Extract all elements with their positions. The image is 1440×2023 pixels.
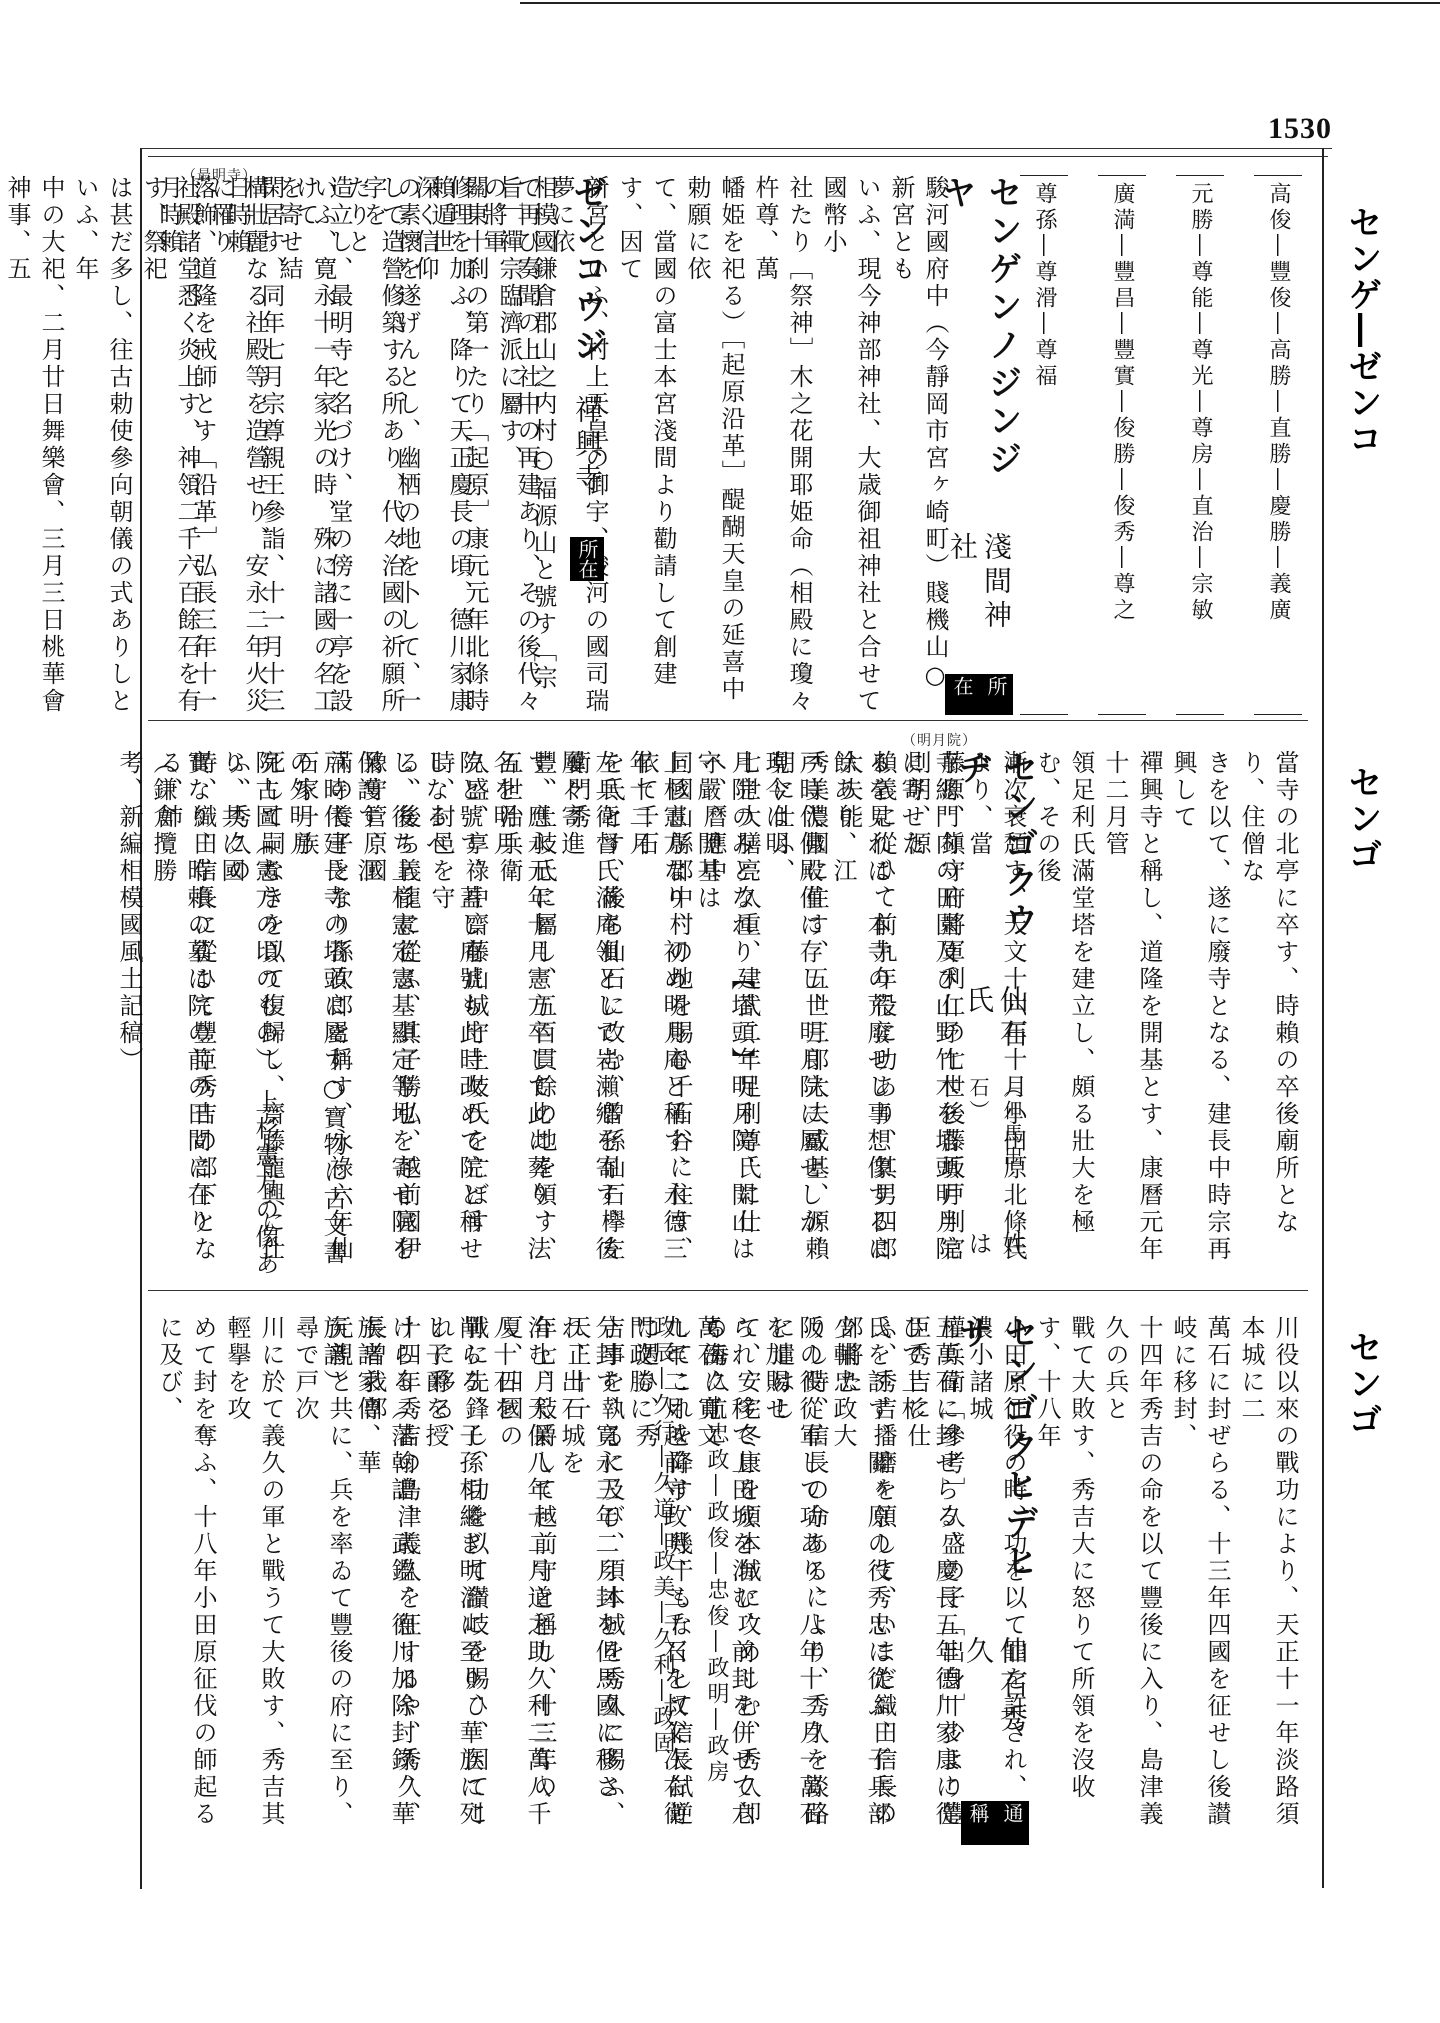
text-column: 吉事を執るに及び、須本城を秀久に賜ふ、天正十一: [560, 1315, 628, 1845]
genealogy-name: 宗敏: [1188, 572, 1213, 624]
genealogy-name: 尊能: [1188, 260, 1213, 312]
genealogy-name: 直勝: [1266, 416, 1291, 468]
frame-inner-rule: [148, 156, 1328, 157]
scan-edge-rule: [520, 2, 1440, 4]
text-column: る、後ち義龍に從ふ、其子勝弘、越前國伊豫守管原國: [356, 750, 424, 1280]
genealogy-name: 豐俊: [1266, 260, 1291, 312]
band-divider: [148, 720, 1308, 721]
entry-zenkouji: ゼンコウジ 禪興寺 所在 相模國鎌倉郡山之内村○福源山と號す［宗旨］禪宗臨濟派に…: [152, 175, 610, 715]
text-column: 川に於て義久の軍と戰うて大敗す、秀吉其輕擧を攻: [220, 1315, 288, 1845]
location-badge: 所在: [945, 674, 1013, 715]
top-band: 高俊―豐俊―高勝―直勝―慶勝―義廣 元勝―尊能―尊光―尊房―直治―宗敏 廣満―豐…: [152, 175, 1302, 715]
text-column: て、安宅冬康を須本城に攻めしむ、秀久卽ち海に航: [696, 1315, 764, 1845]
genealogy-name: 高俊: [1266, 182, 1291, 234]
text-column: を氏とす、後ち仙石に改む、曾孫仙石欅左衛門秀: [560, 750, 628, 1280]
bottom-band: 川役以來の戰功により、天正十一年淡路須本城に二 萬石に封ぜらる、十三年四國を征せ…: [152, 1315, 1302, 1845]
genealogy-name: 尊光: [1188, 338, 1213, 390]
text-column: 滿の養子となり孫次郎と稱す、永祿六年仙石家一族: [288, 750, 356, 1280]
text-column: 時、織田信長に從ひて豐臣秀吉の部下となる、姉: [152, 750, 220, 1280]
genealogy-name: 俊秀: [1110, 494, 1135, 546]
running-head-top: センゲ―ゼンコ: [1338, 205, 1387, 457]
genealogy-name: 尊孫: [1032, 182, 1057, 234]
text-column: 久盛、享祿中齋藤山城守土岐氏を亡ぼす時、封邑を守: [424, 750, 492, 1280]
band-divider: [148, 1290, 1308, 1291]
text-column: 七世大膳亮久重、建武二年足利尊氏に仕へ、曆應中: [696, 750, 764, 1280]
text-column: 當寺の北亭に卒す、時賴の卒後廟所となり、住僧な: [1234, 750, 1302, 1280]
text-column: 秀美濃國に住す、五世三郎大夫成基、源賴朝に仕ふ、: [764, 750, 832, 1280]
text-column: してこれを降す、幾干もなくして信長弑逆に遇ひ、秀: [628, 1315, 696, 1845]
running-head-bottom: センゴ: [1338, 1330, 1387, 1438]
entry-body: 相模國鎌倉郡山之内村○福源山と號す［宗旨］禪宗臨濟派に屬す、 關東十刹の第一たり…: [152, 175, 560, 715]
text-column: 禪興寺と稱し、道隆を開基とす、康曆元年十二月管: [1098, 750, 1166, 1280]
text-column: 豐、土岐氏に屬し、五百貫餘の地を領す、五世治兵衛: [492, 750, 560, 1280]
running-head-middle: センゴ: [1338, 765, 1387, 873]
entry-kanji-heading: 仙石氏: [961, 985, 1029, 1077]
caption-label: （最明寺）: [182, 165, 257, 185]
text-column: 戰に先鋒し、功を以て讃岐を賜ひ、因てこれに移る、: [424, 1315, 492, 1845]
caption-label: （明月院）: [902, 730, 977, 750]
genealogy-name: 直治: [1188, 494, 1213, 546]
genealogy-name: 義廣: [1266, 572, 1291, 624]
entry-body: 權兵衛［參考］久盛の子［出身］少より豐臣秀吉に仕 ふ、秀吉播磨を領して、いまだ織…: [152, 1315, 968, 1845]
location-badge: 所在: [570, 537, 604, 581]
text-column: 中の大祀、二月廿日舞樂會、三月三日桃華會神事、五: [0, 175, 68, 715]
entry-kanji-heading: 仙石秀久: [961, 1636, 1029, 1771]
entry-heading: センゴクウヂ: [949, 750, 1041, 955]
entry-note: （但馬出石）: [961, 1077, 1029, 1201]
genealogy-name: 元勝: [1188, 182, 1213, 234]
entry-sengoku-uji: センゴクウヂ 仙石氏 （但馬出石） 姓は 藤原、鎭守府將軍利仁の七世後藤坂戸判官…: [152, 750, 1018, 1280]
entry-lead: 姓は: [961, 1231, 1029, 1280]
genealogy-name: 高勝: [1266, 338, 1291, 390]
text-column: の素懷を遂げんとし、幽栖の地を卜して、一字を: [356, 175, 424, 715]
entry-heading: ゼンコウジ: [564, 175, 610, 365]
genealogy-row: 廣満―豐昌―豐實―俊勝―俊秀―尊之: [1098, 175, 1146, 715]
text-column: 落飾、道隆を戒師とす［沿革］弘長三年十一月時賴: [152, 175, 220, 715]
text-column: ふ、秀吉播磨を領して、いまだ織田信長の部將た: [832, 1315, 900, 1845]
genealogy-row: 尊孫―尊滑―尊福: [1020, 175, 1068, 715]
entry-kanji-heading: 淺間神社: [945, 532, 1013, 658]
genealogy-row: 高俊―豐俊―高勝―直勝―慶勝―義廣: [1254, 175, 1302, 715]
text-column: りし時、信長の命あるにより、秀久を淡路に遣はし: [764, 1315, 832, 1845]
page-number: 1530: [1268, 112, 1332, 146]
text-column: きを以て、遂に廢寺となる、建長中時宗再興して: [1166, 750, 1234, 1280]
text-column: 十四年秀吉の命を以て豐後に入り、島津義久の兵と: [1098, 1315, 1166, 1845]
entry-heading: センゲンノジンジヤ: [933, 175, 1025, 492]
entry-sengoku-hidehisa: センゴクヒデヒサ 仙石秀久 通稱 權兵衛［參考］久盛の子［出身］少より豐臣秀吉に…: [152, 1315, 1018, 1845]
text-column: 閑居す、同年七月宗尊親王參詣、十一月十三日時賴: [220, 175, 288, 715]
text-column: いふ、現今神部神社、大歳御祖神社と合せて國幣小: [816, 175, 884, 715]
genealogy-name: 俊勝: [1110, 416, 1135, 468]
middle-band: （明月院） 當寺の北亭に卒す、時賴の卒後廟所となり、住僧な きを以て、遂に廢寺と…: [152, 750, 1302, 1280]
genealogy-row: 元勝―尊能―尊光―尊房―直治―宗敏: [1176, 175, 1224, 715]
margin-rule: [1322, 148, 1324, 1888]
text-column: めて封を奪ふ、十八年小田原征伐の師起るに及び、: [152, 1315, 220, 1845]
text-column: 相模國鎌倉郡山之内村○福源山と號す［宗旨］禪宗臨濟派に屬す、: [492, 175, 560, 715]
genealogy-name: 尊福: [1032, 338, 1057, 390]
text-column: 賴義に從ひて前九年役に功あり、其男四郎大夫能: [832, 750, 900, 1280]
entry-body: 藤原、鎭守府將軍利仁の七世後藤坂戸判官則明、源 賴義に從ひて前九年役に功あり、其…: [152, 750, 968, 1280]
text-column: て、當國の富士本宮淺間より勸請して創建す、因て: [612, 175, 680, 715]
text-column: 川役以來の戰功により、天正十一年淡路須本城に二: [1234, 1315, 1302, 1845]
genealogy-name: 豐實: [1110, 338, 1135, 390]
text-column: は甚だ多し、往古勅使參向朝儀の式ありしといふ、年: [68, 175, 136, 715]
genealogy-name: 慶勝: [1266, 494, 1291, 546]
text-column: 年七月敍爵して越前守と稱し、十三年の夏、四國の: [492, 1315, 560, 1845]
genealogy-name: 尊房: [1188, 416, 1213, 468]
text-column: 造立し、最明寺と名づけ、堂の傍に一亭を設けて: [288, 175, 356, 715]
genealogy-name: 尊滑: [1032, 260, 1057, 312]
common-name-badge: 通稱: [961, 1801, 1029, 1845]
text-column: 十四年秀吉の島津義久を征するや、秀久、長曾我部: [356, 1315, 424, 1845]
text-column: 幡姫を祀る）［起原沿革］醍醐天皇の延喜中勅願に依: [680, 175, 748, 715]
genealogy-name: 廣満: [1110, 182, 1135, 234]
text-column: 死して嗣なきを以て復歸し、齋藤龍興に仕ふ、秀久の: [220, 750, 288, 1280]
text-column: 萬石に封ぜらる、十三年四國を征せし後讃岐に移封、: [1166, 1315, 1234, 1845]
entry-heading: センゴクヒデヒサ: [949, 1315, 1041, 1616]
text-column: 元親と共に、兵を率ゐて豐後の府に至り、尋で戸次: [288, 1315, 356, 1845]
text-column: 考、新編相模國風土記稿）: [112, 750, 146, 1280]
genealogy-name: 豐昌: [1110, 260, 1135, 312]
genealogy-name: 尊之: [1110, 572, 1135, 624]
text-column: 關東十刹の第一たり［起原］康元元年北條時賴遁世: [424, 175, 492, 715]
text-column: 社たり［祭神］木之花開耶姫命（相殿に瓊々杵尊、萬: [748, 175, 816, 715]
entry-kanji-heading: 禪興寺: [570, 395, 604, 497]
genealogy-top: 高俊―豐俊―高勝―直勝―慶勝―義廣 元勝―尊能―尊光―尊房―直治―宗敏 廣満―豐…: [1020, 175, 1302, 715]
text-column: 同國山縣郡中村の地を賜ひ千石谷に住す、依て千石: [628, 750, 696, 1280]
